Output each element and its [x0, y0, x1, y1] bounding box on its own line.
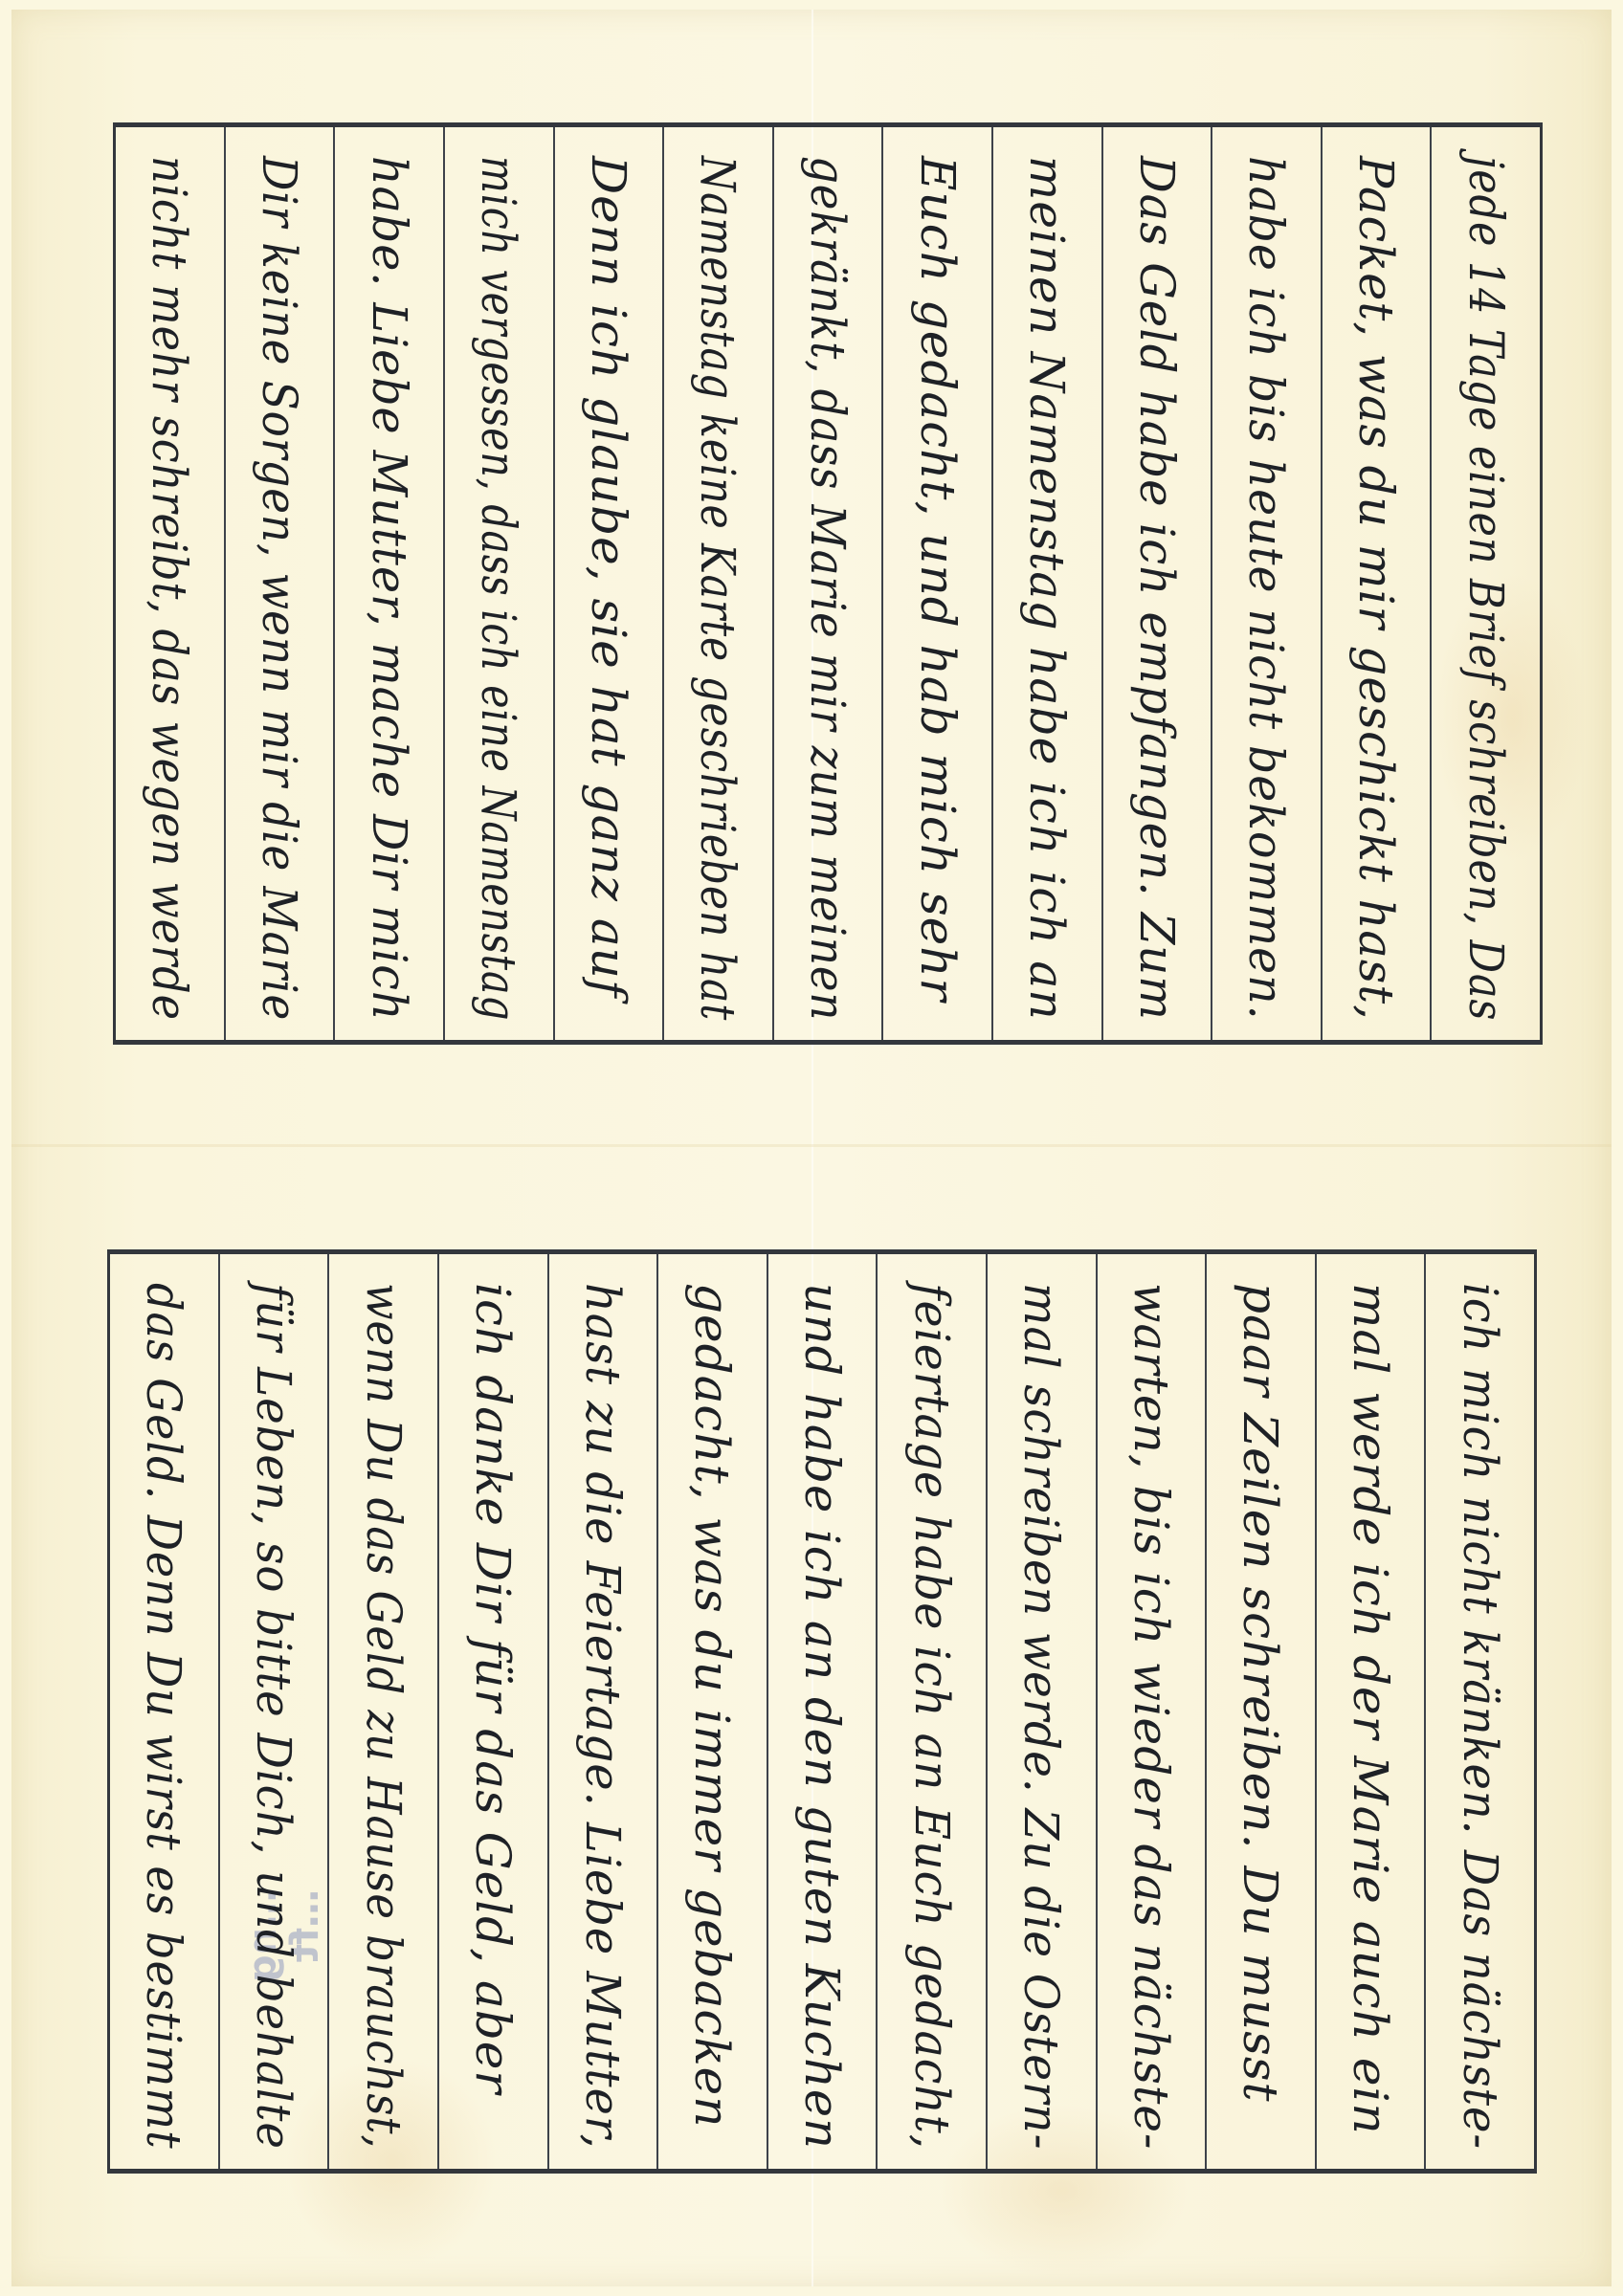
handwritten-line: feiertage habe ich an Euch gedacht, — [908, 1283, 956, 2150]
ruled-line-row: für Leben, so bitte Dich, und behalte — [218, 1254, 328, 2169]
handwritten-line: meinen Namenstag habe ich ich an — [1023, 156, 1071, 1021]
handwritten-line: jede 14 Tage einen Brief schreiben, Das — [1462, 156, 1510, 1021]
ruled-line-row: feiertage habe ich an Euch gedacht, — [876, 1254, 986, 2169]
handwritten-line: Packet, was du mir geschickt hast, — [1352, 156, 1400, 1021]
letter-panel-bottom: ich mich nicht kränken. Das nächste-mal … — [107, 1249, 1537, 2174]
handwritten-line: paar Zeilen schreiben. Du musst — [1236, 1283, 1284, 2103]
ruled-line-row: gedacht, was du immer gebacken — [656, 1254, 767, 2169]
handwritten-line: nicht mehr schreibt, das wegen werde — [145, 156, 193, 1021]
handwritten-line: das Geld. Denn Du wirst es bestimmt — [140, 1283, 188, 2150]
ruled-line-row: Namenstag keine Karte geschrieben hat — [662, 127, 772, 1040]
ruled-line-row: jede 14 Tage einen Brief schreiben, Das — [1430, 127, 1540, 1040]
horizontal-fold-crease — [11, 1144, 1612, 1147]
handwritten-line: habe. Liebe Mutter, mache Dir mich — [366, 156, 413, 1021]
ruled-line-row: mich vergessen, dass ich eine Namenstag — [443, 127, 553, 1040]
handwritten-line: Dir keine Sorgen, wenn mir die Marie — [256, 156, 303, 1021]
ruled-line-row: mal werde ich der Marie auch ein — [1315, 1254, 1425, 2169]
handwritten-line: wenn Du das Geld zu Hause brauchst, — [360, 1283, 408, 2150]
ruled-line-row: Packet, was du mir geschickt hast, — [1321, 127, 1431, 1040]
handwritten-line: hast zu die Feiertage. Liebe Mutter, — [579, 1283, 627, 2150]
ruled-line-row: wenn Du das Geld zu Hause brauchst, — [327, 1254, 437, 2169]
handwritten-line: Denn ich glaube, sie hat ganz auf — [585, 156, 633, 998]
handwritten-line: gekränkt, dass Marie mir zum meinen — [804, 156, 852, 1021]
ruled-line-row: Das Geld habe ich empfangen. Zum — [1101, 127, 1212, 1040]
handwritten-line: gedacht, was du immer gebacken — [688, 1283, 736, 2128]
handwritten-line: habe ich bis heute nicht bekommen. — [1242, 156, 1290, 1021]
ruled-line-row: und habe ich an den guten Kuchen — [767, 1254, 877, 2169]
ruled-line-row: warten, bis ich wieder das nächste- — [1096, 1254, 1206, 2169]
ruled-line-row: Euch gedacht, und hab mich sehr — [881, 127, 991, 1040]
handwritten-line: Das Geld habe ich empfangen. Zum — [1133, 156, 1181, 1021]
ruled-line-row: nicht mehr schreibt, das wegen werde — [116, 127, 224, 1040]
handwritten-line: und habe ich an den guten Kuchen — [798, 1283, 846, 2150]
ruled-line-row: hast zu die Feiertage. Liebe Mutter, — [547, 1254, 657, 2169]
handwritten-line: mal schreiben werde. Zu die Ostern- — [1017, 1283, 1065, 2150]
ruled-line-row: paar Zeilen schreiben. Du musst — [1205, 1254, 1315, 2169]
handwritten-line: Euch gedacht, und hab mich sehr — [914, 156, 962, 1002]
ruled-line-row: Denn ich glaube, sie hat ganz auf — [553, 127, 663, 1040]
ruled-line-row: habe ich bis heute nicht bekommen. — [1211, 127, 1321, 1040]
handwritten-line: warten, bis ich wieder das nächste- — [1127, 1283, 1175, 2150]
ruled-line-row: meinen Namenstag habe ich ich an — [991, 127, 1101, 1040]
ruled-line-row: ich danke Dir für das Geld, aber — [437, 1254, 547, 2169]
ruled-line-row: das Geld. Denn Du wirst es bestimmt — [110, 1254, 218, 2169]
ruled-line-row: ich mich nicht kränken. Das nächste- — [1424, 1254, 1534, 2169]
handwritten-line: ich danke Dir für das Geld, aber — [469, 1283, 517, 2094]
handwritten-line: mal werde ich der Marie auch ein — [1346, 1283, 1394, 2135]
handwritten-line: ich mich nicht kränken. Das nächste- — [1456, 1283, 1504, 2150]
ruled-line-row: habe. Liebe Mutter, mache Dir mich — [333, 127, 443, 1040]
ruled-line-row: gekränkt, dass Marie mir zum meinen — [772, 127, 882, 1040]
ruled-line-row: Dir keine Sorgen, wenn mir die Marie — [224, 127, 334, 1040]
handwritten-line: für Leben, so bitte Dich, und behalte — [250, 1283, 298, 2150]
handwritten-line: mich vergessen, dass ich eine Namenstag — [475, 156, 522, 1021]
ruled-line-row: mal schreiben werde. Zu die Ostern- — [986, 1254, 1096, 2169]
letter-panel-top: jede 14 Tage einen Brief schreiben, DasP… — [113, 122, 1543, 1045]
handwritten-line: Namenstag keine Karte geschrieben hat — [694, 156, 742, 1021]
